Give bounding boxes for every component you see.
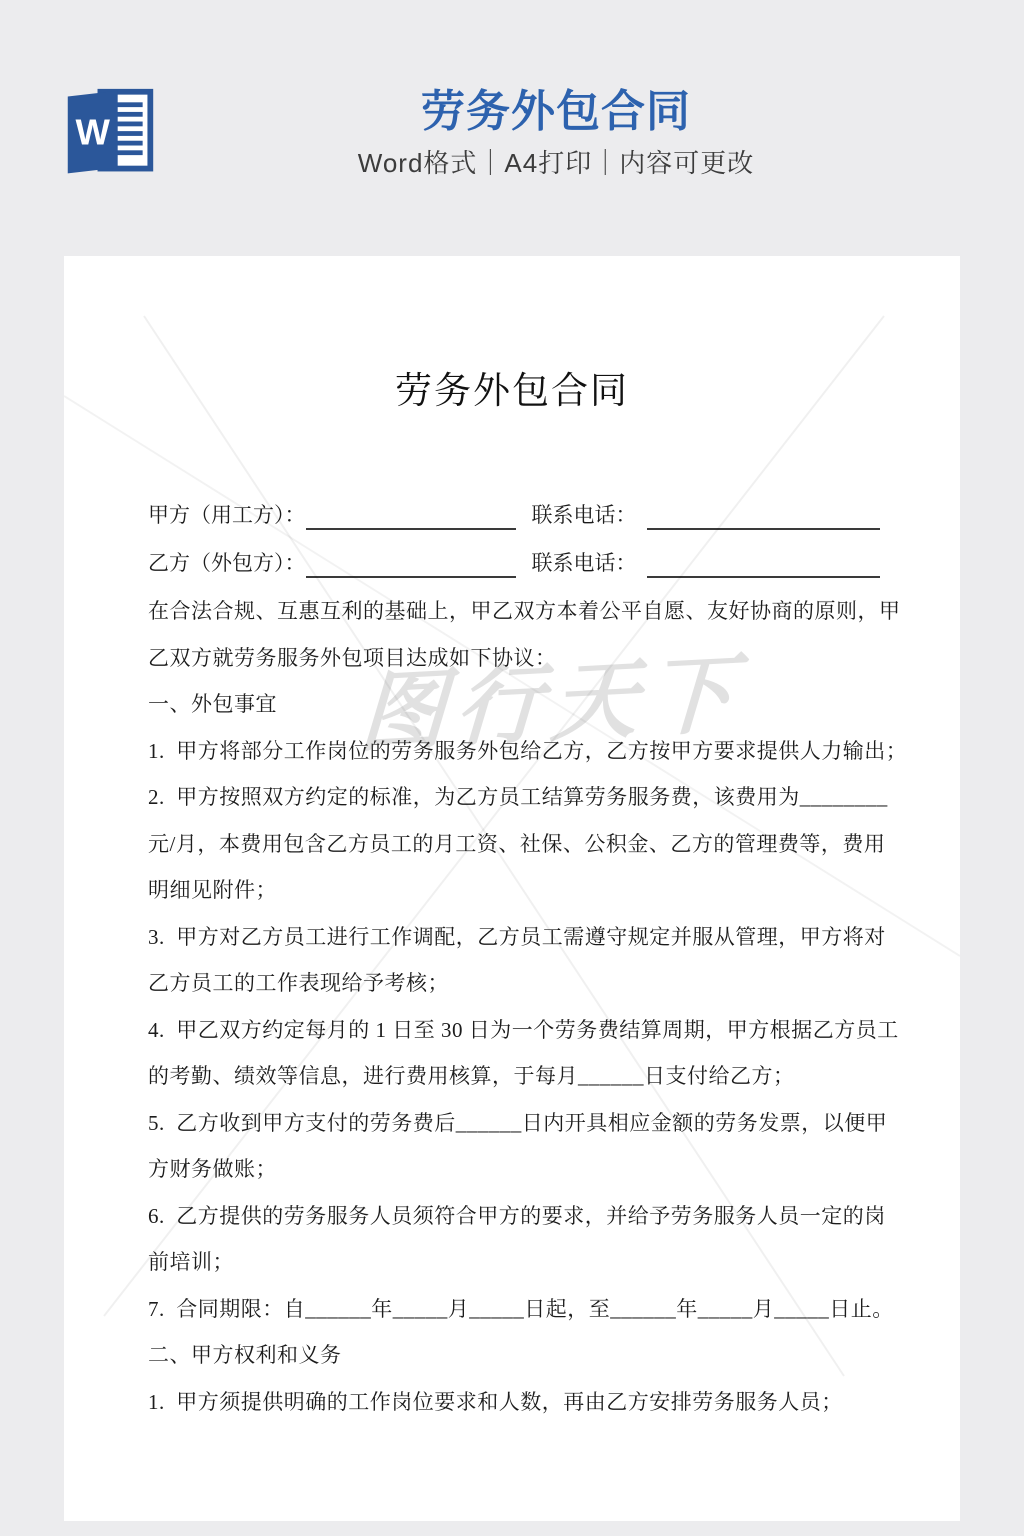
party-b-name-blank bbox=[306, 548, 516, 578]
body-line: 6. 乙方提供的劳务服务人员须符合甲方的要求，并给予劳务服务人员一定的岗 bbox=[148, 1193, 890, 1240]
body-line: 2. 甲方按照双方约定的标准，为乙方员工结算劳务服务费，该费用为________ bbox=[148, 774, 890, 821]
body-line: 1. 甲方将部分工作岗位的劳务服务外包给乙方，乙方按甲方要求提供人力输出； bbox=[148, 728, 890, 775]
party-a-phone-blank bbox=[647, 500, 881, 530]
body-line: 明细见附件； bbox=[148, 867, 890, 914]
header-text-block: 劳务外包合同 Word格式｜A4打印｜内容可更改 bbox=[158, 0, 1024, 178]
document-page: 图行天下 劳务外包合同 甲方（用工方）： 联系电话： 乙方（外包方）： 联系电话… bbox=[64, 256, 960, 1521]
word-document-icon: W bbox=[62, 86, 158, 182]
body-line: 乙方员工的工作表现给予考核； bbox=[148, 960, 890, 1007]
body-line: 4. 甲乙双方约定每月的 1 日至 30 日为一个劳务费结算周期，甲方根据乙方员… bbox=[148, 1007, 890, 1054]
document-title: 劳务外包合同 bbox=[64, 256, 960, 422]
section-heading: 二、甲方权利和义务 bbox=[148, 1332, 890, 1379]
body-line: 乙双方就劳务服务外包项目达成如下协议： bbox=[148, 635, 890, 682]
party-a-phone-label: 联系电话： bbox=[532, 500, 637, 530]
section-heading: 一、外包事宜 bbox=[148, 681, 890, 728]
party-a-name-blank bbox=[306, 500, 516, 530]
body-line: 的考勤、绩效等信息，进行费用核算，于每月______日支付给乙方； bbox=[148, 1053, 890, 1100]
body-line: 3. 甲方对乙方员工进行工作调配，乙方员工需遵守规定并服从管理，甲方将对 bbox=[148, 914, 890, 961]
body-line: 前培训； bbox=[148, 1239, 890, 1286]
body-line: 7. 合同期限：自______年_____月_____日起，至______年__… bbox=[148, 1286, 890, 1333]
header: W 劳务外包合同 Word格式｜A4打印｜内容可更改 bbox=[0, 0, 1024, 210]
body-line: 在合法合规、互惠互利的基础上，甲乙双方本着公平自愿、友好协商的原则，甲 bbox=[148, 588, 890, 635]
body-line: 1. 甲方须提供明确的工作岗位要求和人数，再由乙方安排劳务服务人员； bbox=[148, 1379, 890, 1426]
document-body: 在合法合规、互惠互利的基础上，甲乙双方本着公平自愿、友好协商的原则，甲 乙双方就… bbox=[148, 588, 890, 1425]
party-b-phone-label: 联系电话： bbox=[532, 548, 637, 578]
party-b-phone-blank bbox=[647, 548, 881, 578]
body-line: 方财务做账； bbox=[148, 1146, 890, 1193]
party-a-row: 甲方（用工方）： 联系电话： bbox=[148, 482, 880, 530]
party-b-row: 乙方（外包方）： 联系电话： bbox=[148, 530, 880, 578]
template-preview: W 劳务外包合同 Word格式｜A4打印｜内容可更改 图行天下 劳务外包合同 甲… bbox=[0, 0, 1024, 1536]
party-b-label: 乙方（外包方）： bbox=[148, 548, 306, 578]
header-title: 劳务外包合同 bbox=[421, 88, 691, 136]
party-a-label: 甲方（用工方）： bbox=[148, 500, 306, 530]
word-icon-letter: W bbox=[76, 112, 111, 153]
body-line: 元/月，本费用包含乙方员工的月工资、社保、公积金、乙方的管理费等，费用 bbox=[148, 821, 890, 868]
header-subtitle: Word格式｜A4打印｜内容可更改 bbox=[358, 148, 754, 178]
body-line: 5. 乙方收到甲方支付的劳务费后______日内开具相应金额的劳务发票，以便甲 bbox=[148, 1100, 890, 1147]
word-icon-graphic: W bbox=[62, 86, 158, 182]
party-info-section: 甲方（用工方）： 联系电话： 乙方（外包方）： 联系电话： bbox=[148, 482, 880, 578]
